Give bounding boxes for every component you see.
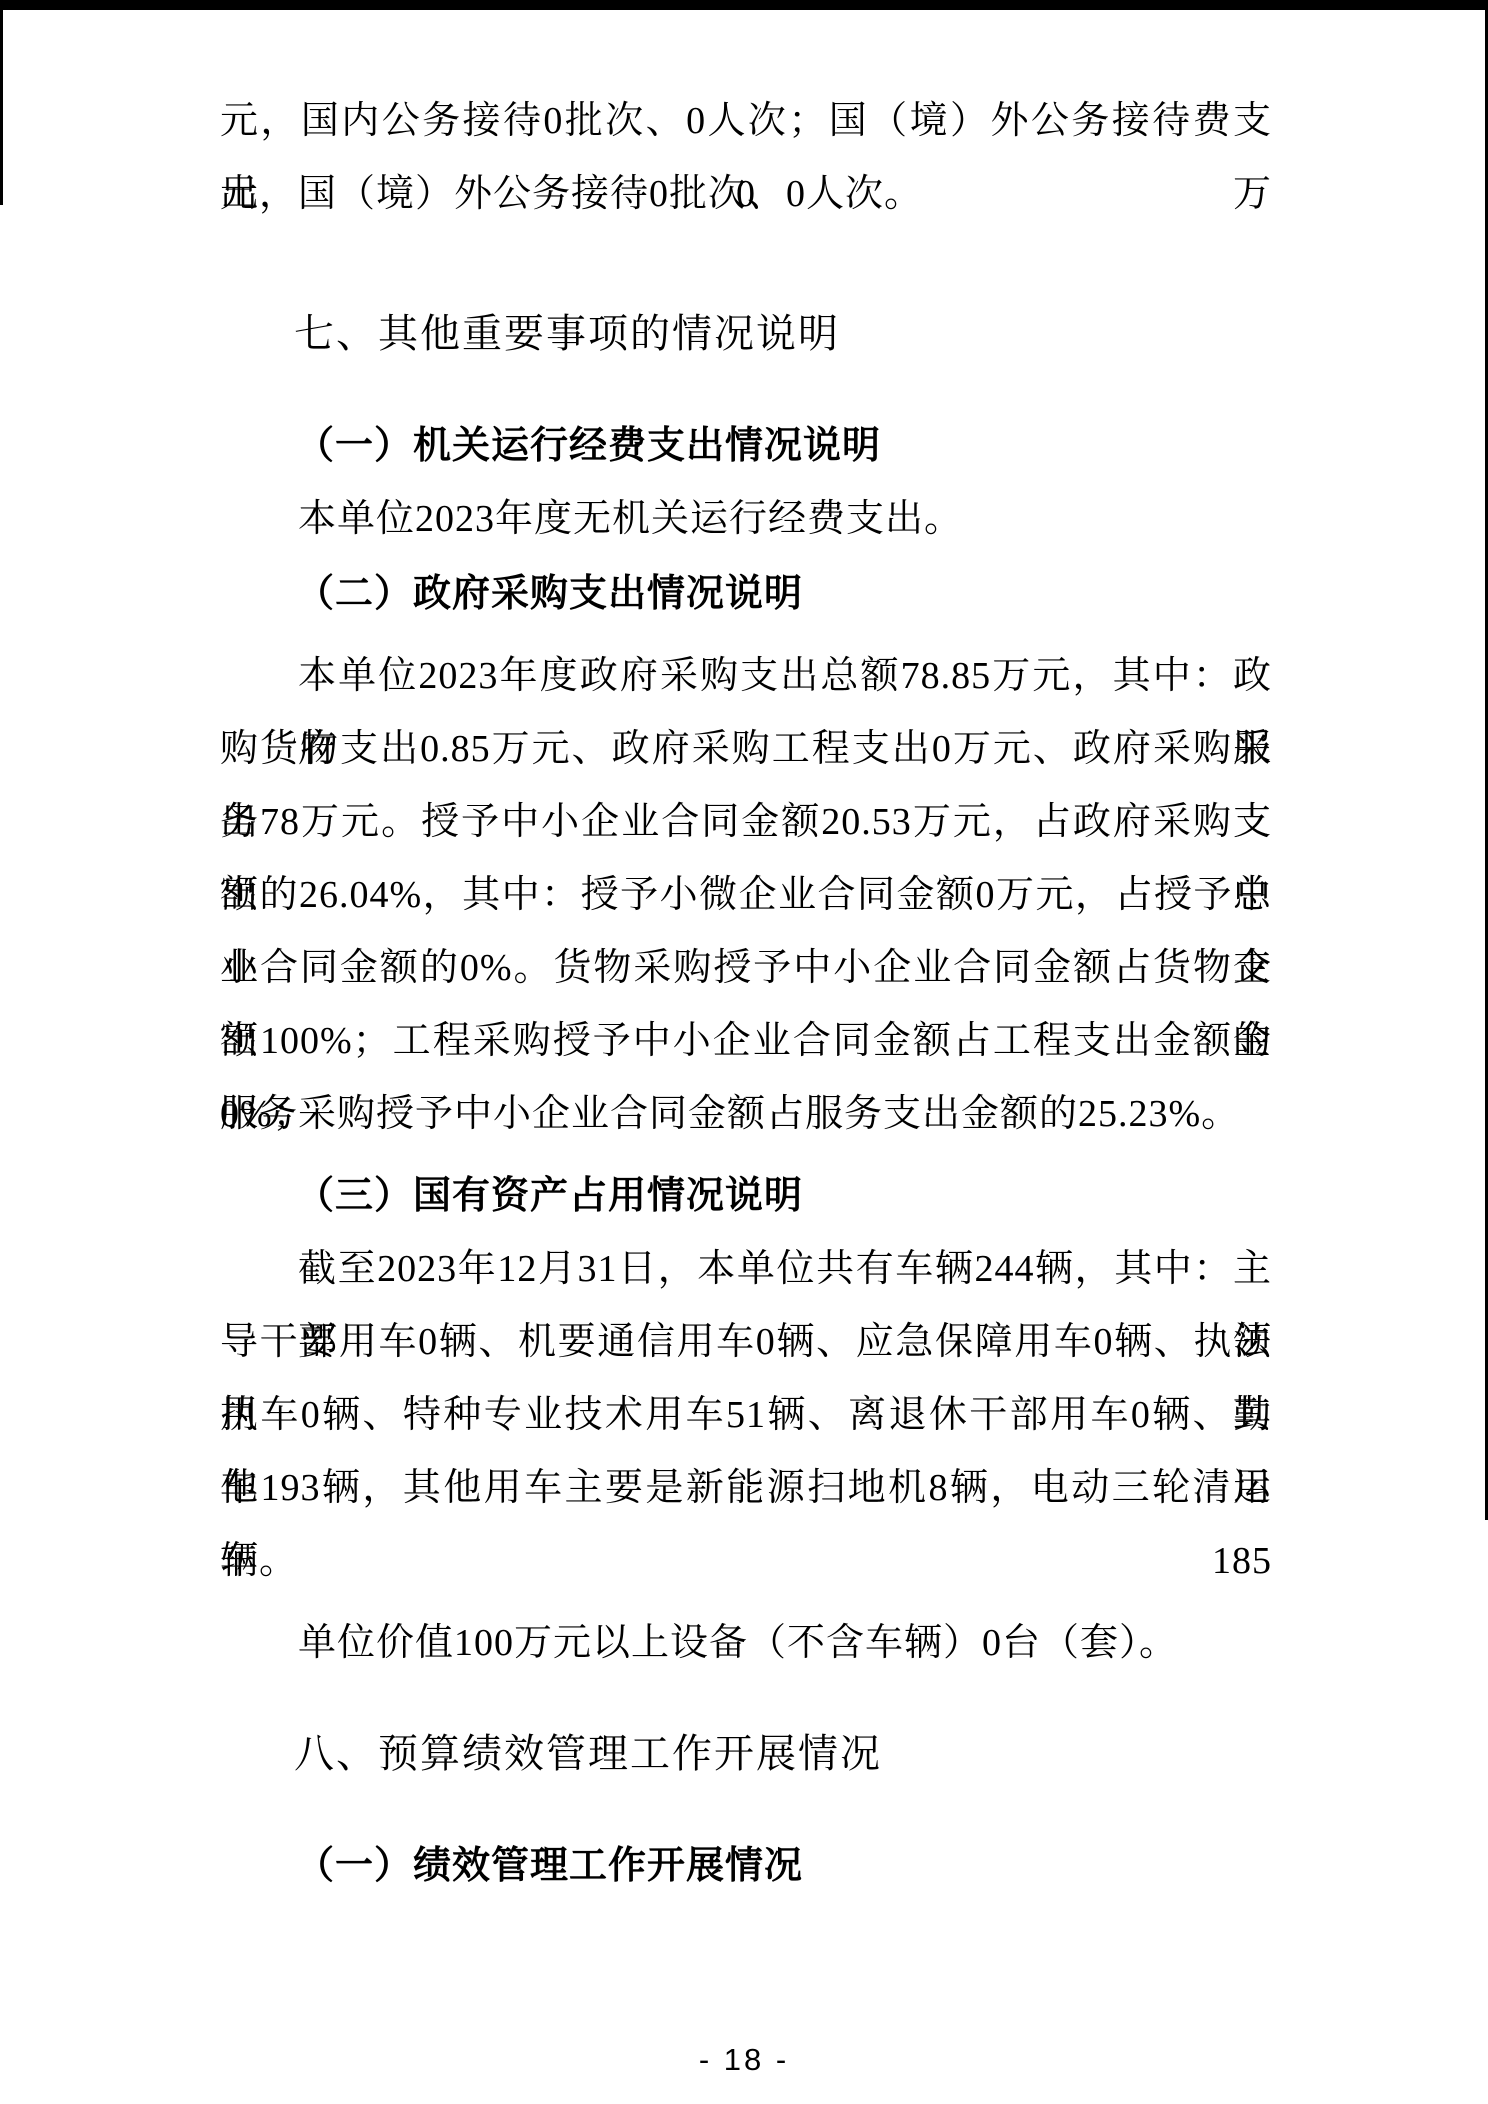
body-text-line: 截至2023年12月31日，本单位共有车辆244辆，其中：主要领: [220, 1233, 1272, 1306]
body-text-line: 本单位2023年度政府采购支出总额78.85万元，其中：政府采: [220, 640, 1272, 713]
body-text-line: 导干部用车0辆、机要通信用车0辆、应急保障用车0辆、执法执勤: [220, 1306, 1272, 1379]
body-text-line: 服务采购授予中小企业合同金额占服务支出金额的25.23%。: [220, 1078, 1272, 1151]
subsection-heading: （二）政府采购支出情况说明: [220, 558, 1272, 631]
subsection-heading: （一）机关运行经费支出情况说明: [220, 410, 1272, 483]
page-footer-number: - 18 -: [0, 2042, 1488, 2078]
subsection-heading: （三）国有资产占用情况说明: [220, 1160, 1272, 1233]
body-text-line: 元，国内公务接待0批次、0人次；国（境）外公务接待费支出0万: [220, 85, 1272, 158]
body-text-line: 用车0辆、特种专业技术用车51辆、离退休干部用车0辆、其他用: [220, 1379, 1272, 1452]
body-text-line: 额100%；工程采购授予中小企业合同金额占工程支出金额的0%；: [220, 1005, 1272, 1078]
scan-artifact-top-bar: [0, 0, 1488, 10]
body-text-line: 本单位2023年度无机关运行经费支出。: [220, 483, 1272, 556]
body-text-line: 购货物支出0.85万元、政府采购工程支出0万元、政府采购服务支: [220, 713, 1272, 786]
page-body: 元，国内公务接待0批次、0人次；国（境）外公务接待费支出0万 元，国（境）外公务…: [220, 85, 1272, 1903]
scan-artifact-left-edge: [0, 0, 3, 205]
body-text-line: 车193辆，其他用车主要是新能源扫地机8辆，电动三轮清运车185: [220, 1452, 1272, 1525]
document-page: 元，国内公务接待0批次、0人次；国（境）外公务接待费支出0万 元，国（境）外公务…: [0, 0, 1488, 2104]
subsection-heading: （一）绩效管理工作开展情况: [220, 1830, 1272, 1903]
body-text-line: 额的26.04%，其中：授予小微企业合同金额0万元，占授予中小企: [220, 859, 1272, 932]
body-text-line: 单位价值100万元以上设备（不含车辆）0台（套）。: [220, 1607, 1272, 1680]
chapter-heading: 七、其他重要事项的情况说明: [220, 297, 1272, 370]
body-text-line: 出78万元。授予中小企业合同金额20.53万元，占政府采购支出总: [220, 786, 1272, 859]
chapter-heading: 八、预算绩效管理工作开展情况: [220, 1717, 1272, 1790]
body-text-line: 业合同金额的0%。货物采购授予中小企业合同金额占货物支出金: [220, 932, 1272, 1005]
